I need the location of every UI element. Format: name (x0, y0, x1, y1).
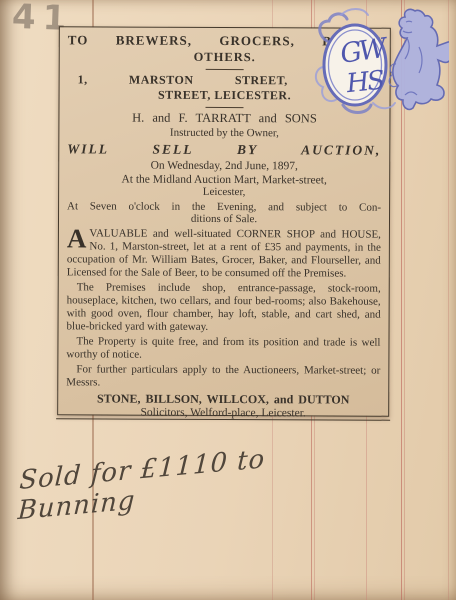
lion-rampant-icon (389, 9, 449, 109)
gwhs-stamp: GW HS (311, 5, 449, 119)
clipping-paragraph-property: The Property is quite free, and from its… (66, 335, 380, 362)
section-divider (206, 69, 244, 70)
clipping-will-sell: WILL SELL BY AUCTION, (67, 141, 381, 158)
paragraph-text: VALUABLE and well-situated CORNER SHOP a… (67, 227, 381, 279)
clipping-time-line1: At Seven o'clock in the Evening, and sub… (67, 200, 381, 213)
clipping-paragraph-description: AVALUABLE and well-situated CORNER SHOP … (67, 227, 381, 280)
clipping-date: On Wednesday, 2nd June, 1897, (67, 159, 381, 172)
gwhs-stamp-graphic: GW HS (311, 5, 449, 119)
handwritten-note: Sold for £1110 to Bunning (17, 438, 339, 526)
clipping-paragraph-premises: The Premises include shop, entrance-pass… (67, 281, 381, 334)
clipping-paragraph-particulars: For further particulars apply to the Auc… (66, 363, 380, 390)
clipping-solicitors-names: STONE, BILLSON, WILLCOX, and DUTTON (66, 391, 380, 407)
clipping-solicitors-address: Solicitors, Welford-place, Leicester. (66, 406, 380, 419)
clipping-time-line2: ditions of Sale. (67, 212, 381, 225)
scrapbook-page: 41 TO BREWERS, GROCERS, BAKERS OTHERS. 1… (0, 0, 456, 600)
drop-cap: A (67, 227, 90, 250)
stamp-letters-hs: HS (344, 65, 386, 99)
section-divider (205, 107, 243, 108)
clipping-instructed: Instructed by the Owner, (67, 126, 381, 139)
clipping-venue-line2: Leicester, (67, 185, 381, 198)
